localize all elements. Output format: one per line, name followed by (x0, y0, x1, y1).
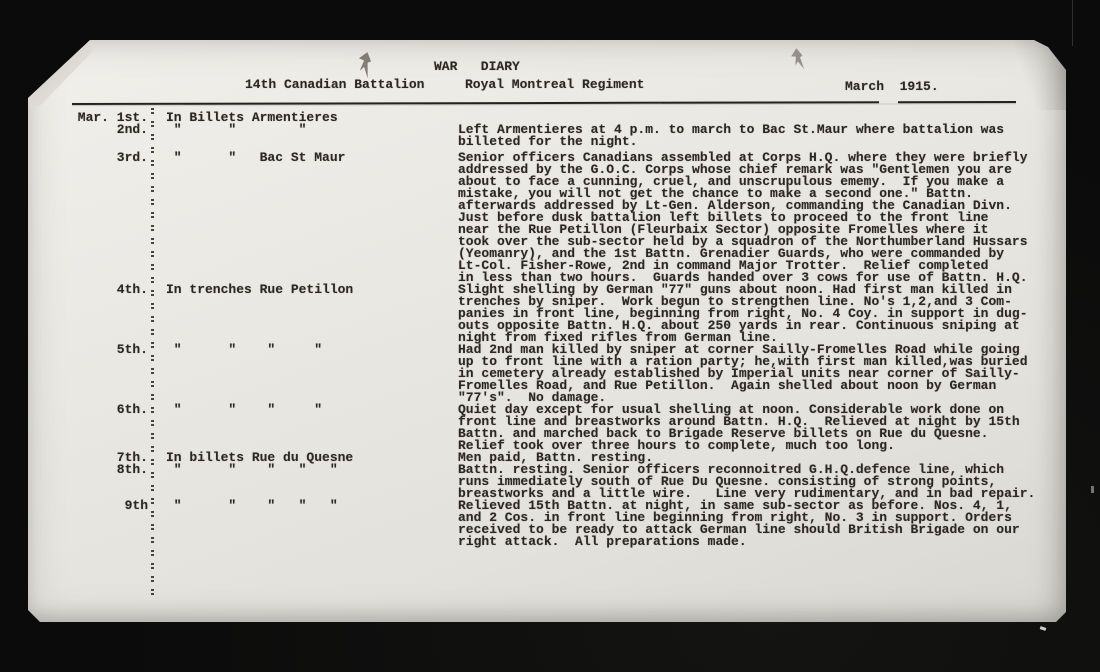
entry-description: Battn. resting. Senior officers reconnoi… (458, 464, 1035, 500)
entry-description: Left Armentieres at 4 p.m. to march to B… (458, 124, 1004, 148)
page-corner-fold (28, 40, 94, 106)
diary-entry-row: 8th. " " " " " Battn. resting. Senior of… (28, 464, 1066, 500)
entry-location: " " Bac St Maur (166, 152, 458, 164)
header-rule (72, 101, 1016, 105)
diary-entries: Mar. 1st. In Billets Armentieres 2nd. " … (28, 112, 1066, 548)
entry-date: 4th. (28, 284, 148, 296)
ink-smudge (790, 47, 809, 72)
regiment-name: Royal Montreal Regiment (465, 78, 644, 91)
entry-description: Had 2nd man killed by sniper at corner S… (458, 344, 1028, 404)
scan-background: WAR DIARY 14th Canadian Battalion Royal … (0, 0, 1100, 672)
page-corner-crease (1006, 40, 1066, 110)
entry-date: 3rd. (28, 152, 148, 164)
entry-location: " " " (166, 124, 458, 136)
scan-artifact-speck (1091, 486, 1094, 493)
diary-entry-row: 5th. " " " " Had 2nd man killed by snipe… (28, 344, 1066, 404)
diary-entry-row: 4th. In trenches Rue Petillon Slight she… (28, 284, 1066, 344)
entry-location: " " " " (166, 404, 458, 416)
entry-location: " " " " " (166, 464, 458, 476)
diary-entry-row: 2nd. " " " Left Armentieres at 4 p.m. to… (28, 124, 1066, 148)
scan-artifact-speck (1040, 626, 1047, 631)
document-title: WAR DIARY (434, 60, 520, 73)
ink-smudge (356, 51, 375, 79)
entry-location: " " " " (166, 344, 458, 356)
entry-location: In trenches Rue Petillon (166, 284, 458, 296)
diary-entry-row: 6th. " " " " Quiet day except for usual … (28, 404, 1066, 452)
diary-entry-row: 9th " " " " " Relieved 15th Battn. at ni… (28, 500, 1066, 548)
battalion-name: 14th Canadian Battalion (245, 78, 424, 91)
entry-location: " " " " " (166, 500, 458, 512)
entry-date: 9th (28, 500, 148, 512)
diary-month-label: March 1915. (845, 80, 939, 93)
entry-date: 8th. (28, 464, 148, 476)
entry-description: Senior officers Canadians assembled at C… (458, 152, 1028, 284)
document-page: WAR DIARY 14th Canadian Battalion Royal … (28, 40, 1066, 622)
entry-date: 5th. (28, 344, 148, 356)
entry-description: Quiet day except for usual shelling at n… (458, 404, 1020, 452)
entry-date: 2nd. (28, 124, 148, 136)
scan-artifact-scratch (1072, 0, 1073, 46)
entry-description: Slight shelling by German "77" guns abou… (458, 284, 1028, 344)
entry-description: Relieved 15th Battn. at night, in same s… (458, 500, 1020, 548)
entry-date: 6th. (28, 404, 148, 416)
diary-entry-row: 3rd. " " Bac St Maur Senior officers Can… (28, 152, 1066, 284)
